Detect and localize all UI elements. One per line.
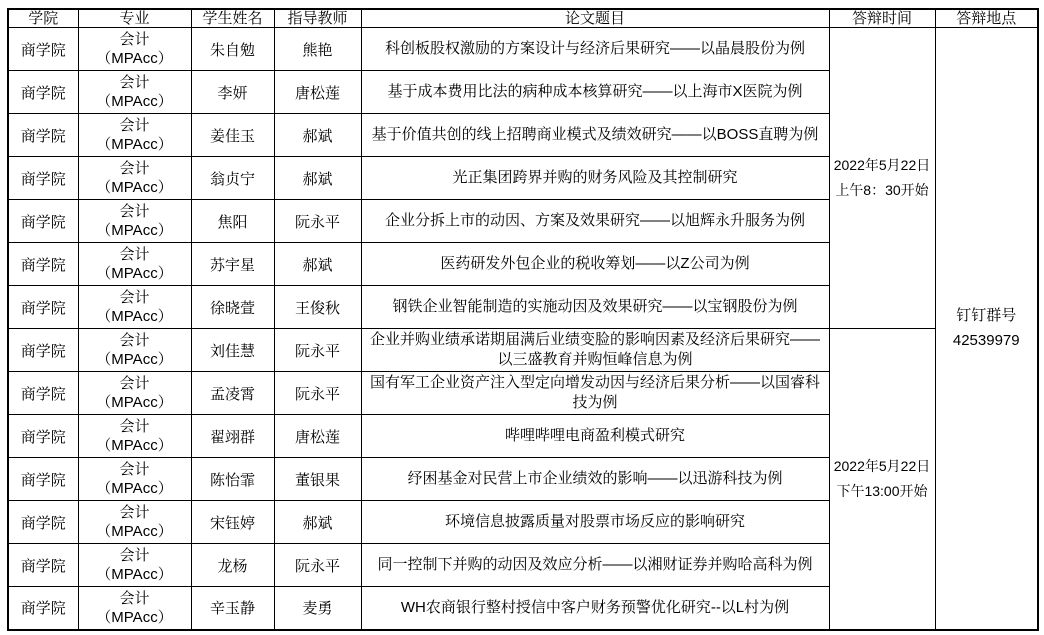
major-cell: 会计 （MPAcc） (78, 286, 191, 329)
major-cell: 会计 （MPAcc） (78, 544, 191, 587)
major-line2: （MPAcc） (83, 49, 187, 68)
major-line1: 会计 (83, 417, 187, 436)
thesis-title-cell: WH农商银行整村授信中客户财务预警优化研究--以L村为例 (361, 587, 829, 630)
defense-place-cell: 钉钉群号 42539979 (935, 28, 1038, 630)
college-cell: 商学院 (8, 501, 78, 544)
major-cell: 会计 （MPAcc） (78, 28, 191, 71)
college-cell: 商学院 (8, 71, 78, 114)
major-line1: 会计 (83, 546, 187, 565)
col-header-thesis-title: 论文题目 (361, 9, 829, 28)
thesis-title-cell: 光正集团跨界并购的财务风险及其控制研究 (361, 157, 829, 200)
major-line1: 会计 (83, 73, 187, 92)
student-name-cell: 焦阳 (191, 200, 274, 243)
major-line2: （MPAcc） (83, 479, 187, 498)
major-line2: （MPAcc） (83, 264, 187, 283)
college-cell: 商学院 (8, 329, 78, 372)
col-header-advisor: 指导教师 (274, 9, 361, 28)
major-cell: 会计 （MPAcc） (78, 372, 191, 415)
student-name-cell: 孟凌霄 (191, 372, 274, 415)
student-name-cell: 朱自勉 (191, 28, 274, 71)
college-cell: 商学院 (8, 372, 78, 415)
major-line2: （MPAcc） (83, 92, 187, 111)
thesis-title-cell: 国有军工企业资产注入型定向增发动因与经济后果分析——以国睿科技为例 (361, 372, 829, 415)
major-line2: （MPAcc） (83, 350, 187, 369)
major-line1: 会计 (83, 159, 187, 178)
col-header-major: 专业 (78, 9, 191, 28)
student-name-cell: 苏宇星 (191, 243, 274, 286)
major-line1: 会计 (83, 374, 187, 393)
student-name-cell: 翟翊群 (191, 415, 274, 458)
college-cell: 商学院 (8, 458, 78, 501)
major-cell: 会计 （MPAcc） (78, 71, 191, 114)
col-header-defense-place: 答辩地点 (935, 9, 1038, 28)
college-cell: 商学院 (8, 114, 78, 157)
major-line1: 会计 (83, 116, 187, 135)
advisor-cell: 郝斌 (274, 501, 361, 544)
advisor-cell: 阮永平 (274, 372, 361, 415)
advisor-cell: 郝斌 (274, 114, 361, 157)
major-line1: 会计 (83, 30, 187, 49)
defense-start-time: 下午13:00开始 (834, 479, 931, 504)
major-line2: （MPAcc） (83, 178, 187, 197)
advisor-cell: 阮永平 (274, 329, 361, 372)
advisor-cell: 唐松莲 (274, 415, 361, 458)
col-header-college: 学院 (8, 9, 78, 28)
major-line2: （MPAcc） (83, 307, 187, 326)
defense-start-time: 上午8：30开始 (834, 178, 931, 203)
col-header-student-name: 学生姓名 (191, 9, 274, 28)
major-line2: （MPAcc） (83, 135, 187, 154)
student-name-cell: 陈怡霏 (191, 458, 274, 501)
defense-date: 2022年5月22日 (834, 153, 931, 178)
major-line1: 会计 (83, 288, 187, 307)
major-line1: 会计 (83, 245, 187, 264)
thesis-title-cell: 哔哩哔哩电商盈利模式研究 (361, 415, 829, 458)
advisor-cell: 郝斌 (274, 243, 361, 286)
advisor-cell: 麦勇 (274, 587, 361, 630)
defense-time-cell-morning: 2022年5月22日 上午8：30开始 (829, 28, 935, 329)
thesis-title-cell: 环境信息披露质量对股票市场反应的影响研究 (361, 501, 829, 544)
major-line2: （MPAcc） (83, 221, 187, 240)
dingtalk-group-number: 42539979 (940, 328, 1034, 353)
advisor-cell: 阮永平 (274, 200, 361, 243)
major-line1: 会计 (83, 460, 187, 479)
defense-date: 2022年5月22日 (834, 454, 931, 479)
defense-time-cell-afternoon: 2022年5月22日 下午13:00开始 (829, 329, 935, 630)
major-cell: 会计 （MPAcc） (78, 458, 191, 501)
thesis-title-cell: 企业并购业绩承诺期届满后业绩变脸的影响因素及经济后果研究——以三盛教育并购恒峰信… (361, 329, 829, 372)
thesis-title-cell: 医药研发外包企业的税收筹划——以Z公司为例 (361, 243, 829, 286)
thesis-title-cell: 基于成本费用比法的病种成本核算研究——以上海市X医院为例 (361, 71, 829, 114)
major-line2: （MPAcc） (83, 608, 187, 627)
major-line2: （MPAcc） (83, 436, 187, 455)
college-cell: 商学院 (8, 415, 78, 458)
major-line1: 会计 (83, 202, 187, 221)
table-row: 商学院 会计 （MPAcc） 朱自勉 熊艳 科创板股权激励的方案设计与经济后果研… (8, 28, 1038, 71)
student-name-cell: 宋钰婷 (191, 501, 274, 544)
student-name-cell: 辛玉静 (191, 587, 274, 630)
thesis-title-cell: 同一控制下并购的动因及效应分析——以湘财证券并购哈高科为例 (361, 544, 829, 587)
student-name-cell: 翁贞宁 (191, 157, 274, 200)
major-line1: 会计 (83, 589, 187, 608)
table-header-row: 学院 专业 学生姓名 指导教师 论文题目 答辩时间 答辩地点 (8, 9, 1038, 28)
major-cell: 会计 （MPAcc） (78, 329, 191, 372)
student-name-cell: 徐晓萱 (191, 286, 274, 329)
major-line2: （MPAcc） (83, 565, 187, 584)
major-cell: 会计 （MPAcc） (78, 114, 191, 157)
table-row: 商学院 会计 （MPAcc） 刘佳慧 阮永平 企业并购业绩承诺期届满后业绩变脸的… (8, 329, 1038, 372)
major-cell: 会计 （MPAcc） (78, 243, 191, 286)
dingtalk-group-label: 钉钉群号 (940, 303, 1034, 328)
advisor-cell: 王俊秋 (274, 286, 361, 329)
major-line1: 会计 (83, 331, 187, 350)
major-line2: （MPAcc） (83, 522, 187, 541)
major-cell: 会计 （MPAcc） (78, 157, 191, 200)
college-cell: 商学院 (8, 544, 78, 587)
thesis-title-cell: 钢铁企业智能制造的实施动因及效果研究——以宝钢股份为例 (361, 286, 829, 329)
major-cell: 会计 （MPAcc） (78, 587, 191, 630)
student-name-cell: 李妍 (191, 71, 274, 114)
student-name-cell: 刘佳慧 (191, 329, 274, 372)
college-cell: 商学院 (8, 157, 78, 200)
college-cell: 商学院 (8, 286, 78, 329)
major-cell: 会计 （MPAcc） (78, 415, 191, 458)
col-header-defense-time: 答辩时间 (829, 9, 935, 28)
major-cell: 会计 （MPAcc） (78, 200, 191, 243)
college-cell: 商学院 (8, 28, 78, 71)
advisor-cell: 阮永平 (274, 544, 361, 587)
major-line2: （MPAcc） (83, 393, 187, 412)
thesis-title-cell: 基于价值共创的线上招聘商业模式及绩效研究——以BOSS直聘为例 (361, 114, 829, 157)
defense-schedule-table: 学院 专业 学生姓名 指导教师 论文题目 答辩时间 答辩地点 商学院 会计 （M… (7, 8, 1039, 631)
advisor-cell: 唐松莲 (274, 71, 361, 114)
student-name-cell: 龙杨 (191, 544, 274, 587)
college-cell: 商学院 (8, 243, 78, 286)
major-line1: 会计 (83, 503, 187, 522)
thesis-title-cell: 科创板股权激励的方案设计与经济后果研究——以晶晨股份为例 (361, 28, 829, 71)
student-name-cell: 姜佳玉 (191, 114, 274, 157)
major-cell: 会计 （MPAcc） (78, 501, 191, 544)
advisor-cell: 熊艳 (274, 28, 361, 71)
college-cell: 商学院 (8, 587, 78, 630)
defense-schedule-page: 学院 专业 学生姓名 指导教师 论文题目 答辩时间 答辩地点 商学院 会计 （M… (0, 0, 1044, 635)
advisor-cell: 郝斌 (274, 157, 361, 200)
college-cell: 商学院 (8, 200, 78, 243)
advisor-cell: 董银果 (274, 458, 361, 501)
thesis-title-cell: 纾困基金对民营上市企业绩效的影响——以迅游科技为例 (361, 458, 829, 501)
thesis-title-cell: 企业分拆上市的动因、方案及效果研究——以旭辉永升服务为例 (361, 200, 829, 243)
